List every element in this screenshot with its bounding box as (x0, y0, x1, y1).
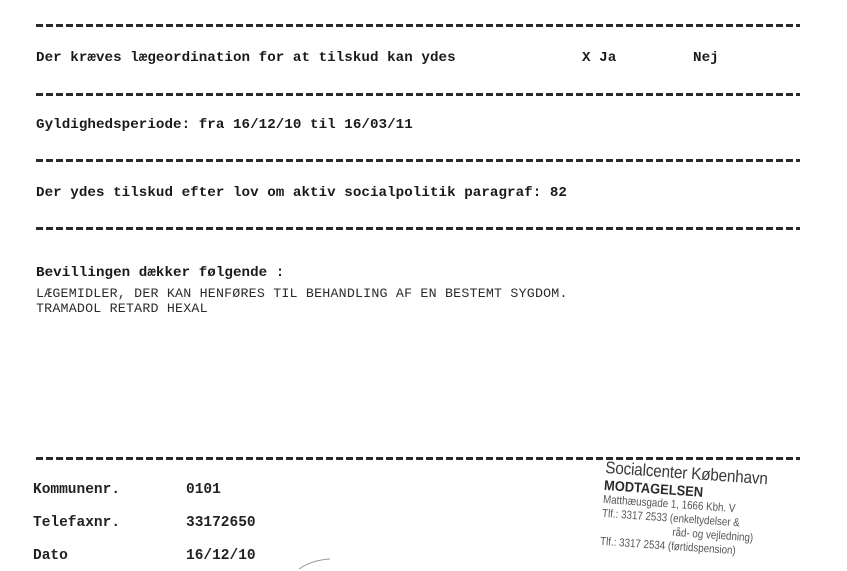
coverage-heading: Bevillingen dækker følgende : (36, 265, 284, 281)
field-label-kommunenr: Kommunenr. (33, 482, 120, 498)
separator-line (36, 159, 800, 162)
separator-line (36, 93, 800, 96)
option-yes-checked: X Ja (582, 50, 616, 66)
field-value-dato: 16/12/10 (186, 548, 256, 564)
reception-stamp: Socialcenter København MODTAGELSEN Matth… (600, 458, 836, 565)
signature-stroke (298, 558, 338, 570)
option-no: Nej (693, 50, 719, 66)
coverage-line: LÆGEMIDLER, DER KAN HENFØRES TIL BEHANDL… (36, 286, 568, 301)
separator-line (36, 457, 800, 460)
separator-line (36, 24, 800, 27)
coverage-line: TRAMADOL RETARD HEXAL (36, 301, 208, 316)
field-label-dato: Dato (33, 548, 68, 564)
field-value-kommunenr: 0101 (186, 482, 221, 498)
separator-line (36, 227, 800, 230)
field-label-telefaxnr: Telefaxnr. (33, 515, 120, 531)
ordination-question: Der kræves lægeordination for at tilskud… (36, 50, 456, 66)
legal-paragraph: Der ydes tilskud efter lov om aktiv soci… (36, 185, 567, 201)
validity-period: Gyldighedsperiode: fra 16/12/10 til 16/0… (36, 117, 413, 133)
field-value-telefaxnr: 33172650 (186, 515, 256, 531)
